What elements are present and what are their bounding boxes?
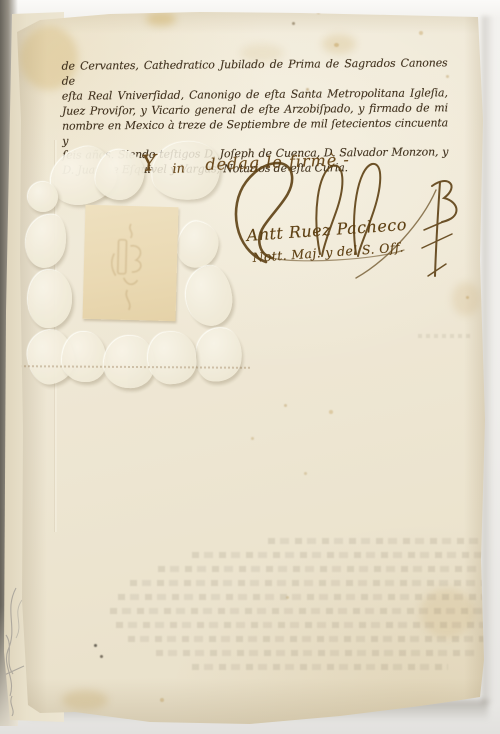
showthrough-line xyxy=(192,552,490,558)
emboss-flourish xyxy=(146,330,198,386)
verso-showthrough-text xyxy=(100,538,485,688)
emboss-flourish xyxy=(28,270,72,328)
foxing-spot xyxy=(94,644,97,647)
manuscript-page: de Cervantes, Cathedratico Jubilado de P… xyxy=(0,0,500,734)
showthrough-line xyxy=(156,650,474,656)
emboss-flourish xyxy=(192,324,247,385)
showthrough-line xyxy=(158,566,488,572)
stain xyxy=(62,690,108,710)
foxing-spot xyxy=(419,31,423,35)
foxing-spot xyxy=(304,472,307,475)
page-edge-shade-top xyxy=(17,12,479,34)
showthrough-line xyxy=(268,538,480,544)
showthrough-line xyxy=(128,636,484,642)
emboss-flourish xyxy=(62,332,106,382)
handwritten-word: in xyxy=(172,161,185,177)
stain xyxy=(146,12,176,26)
showthrough-line xyxy=(130,580,488,586)
showthrough-line xyxy=(116,622,488,628)
foxing-spot xyxy=(292,22,295,25)
foxing-spot xyxy=(251,437,254,440)
page-right-shadow xyxy=(482,16,494,704)
foxing-spot xyxy=(160,698,164,702)
showthrough-line xyxy=(118,594,490,600)
foxing-spot xyxy=(466,296,469,299)
foxing-spot xyxy=(316,9,321,14)
showthrough-line xyxy=(110,608,490,614)
foxing-spot xyxy=(329,410,333,414)
handwritten-initial: Y xyxy=(141,151,157,177)
wafer-coat-of-arms xyxy=(83,205,179,321)
showthrough-fragment xyxy=(418,334,474,338)
printed-line: de Cervantes, Cathedratico Jubilado de P… xyxy=(61,56,447,89)
showthrough-line xyxy=(192,664,448,670)
stain xyxy=(322,34,356,54)
emboss-flourish xyxy=(174,218,223,271)
foxing-spot xyxy=(334,43,339,47)
printed-line: nombre en Mexico à treze de Septiembre d… xyxy=(62,116,448,149)
seal-wafer xyxy=(83,205,179,321)
photograph-of-bound-manuscript: de Cervantes, Cathedratico Jubilado de P… xyxy=(0,0,500,734)
foxing-spot xyxy=(284,404,287,407)
emboss-flourish xyxy=(28,182,58,212)
